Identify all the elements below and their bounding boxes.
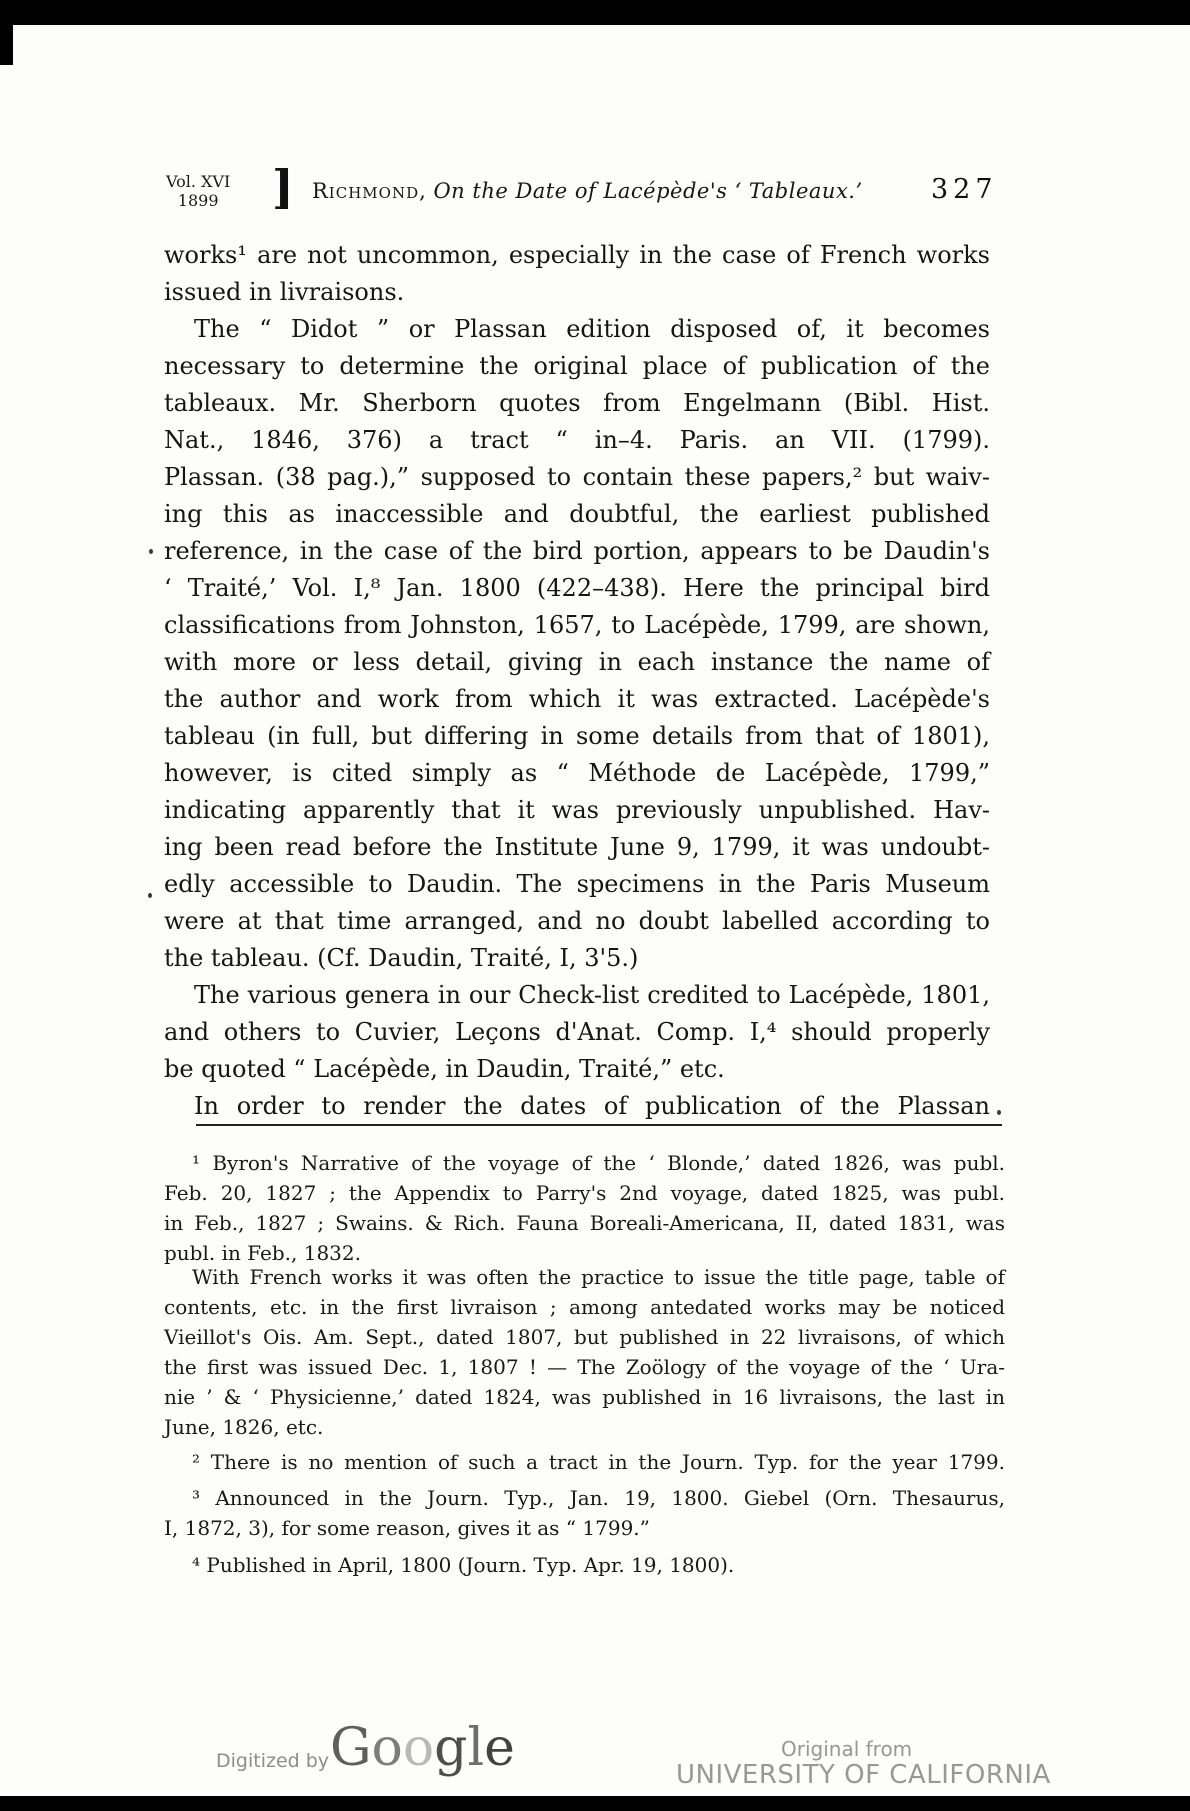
google-letter: o xyxy=(403,1718,434,1778)
scan-border-left-notch xyxy=(0,25,13,65)
institution-label: UNIVERSITY OF CALIFORNIA xyxy=(676,1760,1051,1790)
footnote-line: Vieillot's Ois. Am. Sept., dated 1807, b… xyxy=(164,1322,1005,1352)
footnote-line: ³ Announced in the Journ. Typ., Jan. 19,… xyxy=(164,1483,1005,1513)
footnotes: ¹ Byron's Narrative of the voyage of the… xyxy=(164,0,1005,1700)
footnote-line: June, 1826, etc. xyxy=(164,1412,1005,1442)
google-logo: Google xyxy=(330,1718,515,1778)
google-letter: o xyxy=(372,1718,403,1778)
google-letter: g xyxy=(434,1718,467,1778)
footnote-line: I, 1872, 3), for some reason, gives it a… xyxy=(164,1513,1005,1543)
google-letter: G xyxy=(330,1718,372,1778)
footnote-line: the first was issued Dec. 1, 1807 ! — Th… xyxy=(164,1352,1005,1382)
footnote-line: contents, etc. in the first livraison ; … xyxy=(164,1292,1005,1322)
digitized-by-label: Digitized by xyxy=(216,1750,329,1772)
footnote-line: ⁴ Published in April, 1800 (Journ. Typ. … xyxy=(164,1550,1005,1580)
scan-border-bottom xyxy=(0,1796,1190,1811)
footnote-line: ² There is no mention of such a tract in… xyxy=(164,1447,1005,1477)
footnote-line: nie ’ & ‘ Physicienne,’ dated 1824, was … xyxy=(164,1382,1005,1412)
footnote-line: ¹ Byron's Narrative of the voyage of the… xyxy=(164,1148,1005,1178)
google-letter: l xyxy=(467,1718,484,1778)
ink-speck xyxy=(149,549,153,554)
footnote-line: Feb. 20, 1827 ; the Appendix to Parry's … xyxy=(164,1178,1005,1208)
ink-speck xyxy=(148,893,152,898)
original-from-label: Original from xyxy=(781,1737,912,1761)
scanned-page: Vol. XVI 1899 ] Richmond, On the Date of… xyxy=(0,0,1190,1811)
google-letter: e xyxy=(484,1718,515,1778)
footnote-line: in Feb., 1827 ; Swains. & Rich. Fauna Bo… xyxy=(164,1208,1005,1238)
footnote-line: With French works it was often the pract… xyxy=(164,1262,1005,1292)
